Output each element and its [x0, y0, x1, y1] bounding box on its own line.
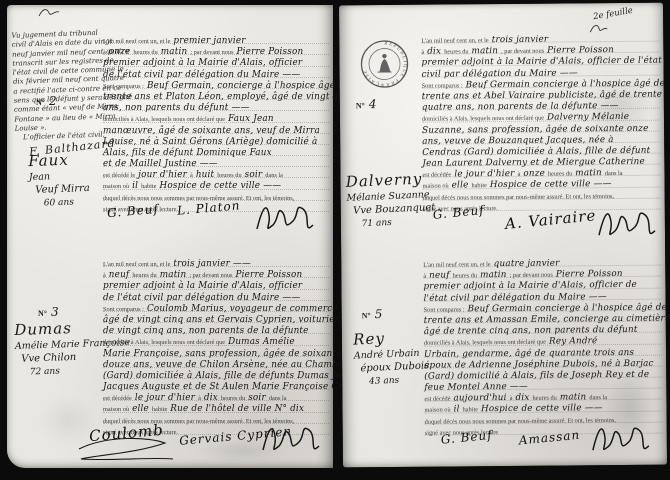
- text-line: âgé de vingt cinq ans et Gervais Cyprien…: [103, 312, 329, 323]
- register-page-left: Vu jugement du tribunalcivil d'Alais en …: [7, 5, 333, 468]
- act-number-label: N°: [362, 311, 371, 320]
- text-line: de vingt cinq ans, non parents de la déf…: [103, 323, 329, 334]
- text-line: àneufheures dumatin; par devant nousPier…: [103, 267, 329, 278]
- text-line: premier adjoint à la Mairie d'Alais, off…: [103, 278, 329, 289]
- text-line: premier adjoint à la Mairie d'Alais, off…: [423, 277, 661, 290]
- text-line: de l'état civil par délégation du Maire …: [103, 290, 329, 301]
- act-number: N°5: [362, 303, 383, 322]
- scanned-register-spread: Vu jugement du tribunalcivil d'Alais en …: [0, 0, 670, 480]
- act-number-label: N°: [38, 309, 47, 318]
- act-number-value: 5: [375, 307, 383, 321]
- signature-flourish: [77, 435, 177, 461]
- text-line: maison oùellehabiteRue de l'hôtel de vil…: [103, 401, 329, 412]
- officiant-paraph-signature: [589, 418, 651, 459]
- text-line: douze ans, veuve de Chilon Arsène, née a…: [103, 357, 329, 368]
- text-line: (Gard) domiciliée à Alais, fille de défu…: [103, 368, 329, 379]
- act-number-value: 3: [51, 305, 59, 319]
- record-body: L'an mil neuf cent un, et letrois janvie…: [103, 256, 329, 435]
- text-line: Sont comparus :Coulomb Marius, voyageur …: [103, 301, 329, 312]
- register-page-right: 2e feuille RÉPUBLIQUE FRANÇAISE N°4 Dalv…: [339, 3, 667, 468]
- text-line: Jacques Auguste et de St Aulen Marie Fra…: [103, 379, 329, 390]
- death-record-3: N°3 Dumas Amélie Marie Françoise Vve Chi…: [7, 5, 333, 468]
- text-line: domiciliés à Alais, lesquels nous ont dé…: [103, 334, 329, 345]
- officiant-paraph-signature: [259, 418, 321, 458]
- death-record-5: N°5 Rey André Urbain époux Dubois 43 ans…: [339, 3, 667, 468]
- act-number: N°3: [38, 301, 59, 320]
- record-body: L'an mil neuf cent un, et lequatre janvi…: [423, 255, 663, 436]
- margin-deceased-name: Rey André Urbain époux Dubois 43 ans: [353, 327, 430, 389]
- text-line: Marie Françoise, sans profession, âgée d…: [103, 346, 329, 357]
- text-line: (Gard) domicilié à Alais, fils de Joseph…: [424, 366, 662, 379]
- text-line: L'an mil neuf cent un, et letrois janvie…: [103, 256, 329, 267]
